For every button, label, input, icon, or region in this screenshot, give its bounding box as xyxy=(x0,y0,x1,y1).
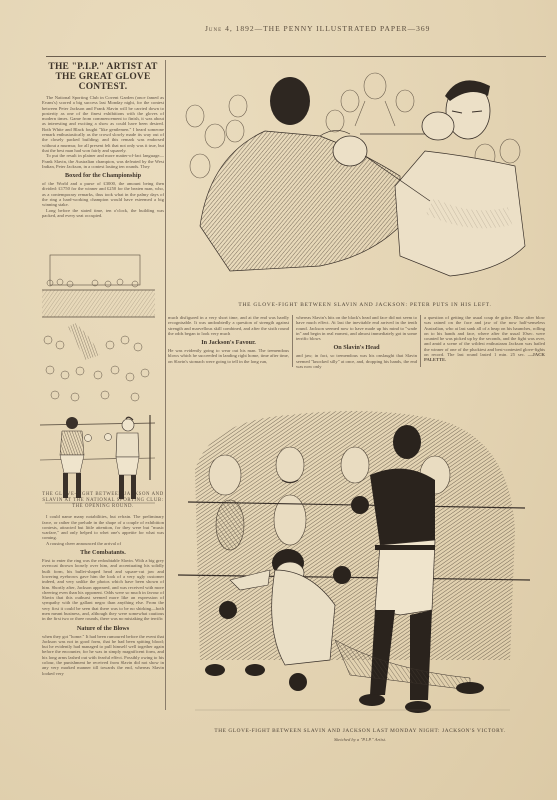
article-body-1: The National Sporting Club in Covent Gar… xyxy=(42,95,164,169)
middle-column-3: a question of getting the usual coup de … xyxy=(424,315,545,363)
page-number: —369 xyxy=(408,24,431,33)
article-body-3: I could name many notabilities, but refr… xyxy=(42,514,164,546)
article-body-2: of the World and a purse of £3000, the a… xyxy=(42,181,164,218)
middle-columns: much disfigured in a very short time, an… xyxy=(168,315,546,410)
article-title: THE "P.I.P." ARTIST AT THE GREAT GLOVE C… xyxy=(42,62,164,92)
engraving-opening-round xyxy=(20,245,165,510)
publication-name: THE PENNY ILLUSTRATED PAPER xyxy=(263,24,408,33)
illustration-jacksons-victory xyxy=(170,410,545,725)
issue-date: June 4, 1892 xyxy=(205,24,255,33)
top-illustration-caption: THE GLOVE-FIGHT BETWEEN SLAVIN AND JACKS… xyxy=(190,302,540,308)
bottom-illustration-caption: THE GLOVE-FIGHT BETWEEN SLAVIN AND JACKS… xyxy=(175,728,545,734)
subhead-combatants: The Combatants. xyxy=(42,549,164,556)
article-body-4: First to enter the ring was the redoubta… xyxy=(42,558,164,622)
article-body-5: when they got "home." It had been rumour… xyxy=(42,634,164,676)
subhead-nature-of-blows: Nature of the Blows xyxy=(42,625,164,632)
middle-column-2: whereas Slavin's hits on the black's hea… xyxy=(296,315,417,369)
illustration-opening-round xyxy=(20,245,165,510)
middle-column-1: much disfigured in a very short time, an… xyxy=(168,315,289,364)
subhead-jacksons-favour: In Jackson's Favour. xyxy=(168,339,289,346)
page-header: June 4, 1892—THE PENNY ILLUSTRATED PAPER… xyxy=(205,24,430,33)
column-divider xyxy=(165,60,166,710)
subhead-championship: Boxed for the Championship xyxy=(42,172,164,179)
illustration-credit: Sketched by a "P.I.P." Artist. xyxy=(175,737,545,742)
subhead-on-slavins-head: On Slavin's Head xyxy=(296,344,417,351)
engraving-clinch xyxy=(170,56,545,300)
illustration-peter-puts-in-left xyxy=(170,56,545,300)
newspaper-page: June 4, 1892—THE PENNY ILLUSTRATED PAPER… xyxy=(0,0,557,800)
engraving-victory xyxy=(170,410,545,725)
